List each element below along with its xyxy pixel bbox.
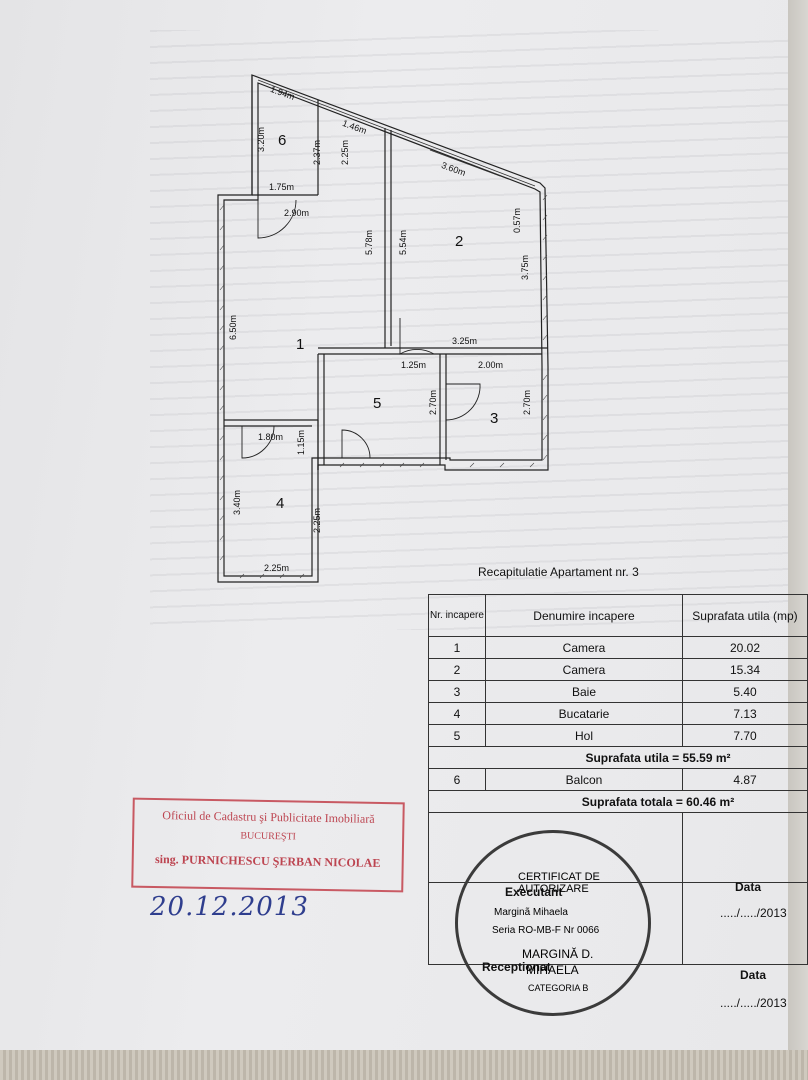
dimension-label: 5.78m (364, 230, 374, 255)
dimension-label: 2.70m (428, 390, 438, 415)
stamp-signatory: sing. PURNICHESCU ŞERBAN NICOLAE (134, 852, 402, 872)
header-area: Suprafata utila (mp) (683, 595, 808, 637)
row-area: 4.87 (683, 769, 808, 791)
row-nr: 6 (429, 769, 486, 791)
dimension-label: 3.20m (256, 127, 266, 152)
dimension-label: 1.15m (296, 430, 306, 455)
stamp-ring-text: CERTIFICAT DE AUTORIZARE (518, 871, 648, 895)
header-nr: Nr. incapere (429, 595, 486, 637)
row-area: 15.34 (683, 659, 808, 681)
date-value-2: ...../...../2013 (720, 996, 787, 1010)
table-row: 2 Camera 15.34 (429, 659, 808, 681)
dimension-label: 2.25m (264, 563, 289, 573)
stamp-surname: MARGINĂ D. (522, 947, 593, 961)
table-row: 6 Balcon 4.87 (429, 769, 808, 791)
authorization-stamp: CERTIFICAT DE AUTORIZARE Marginã Mihaela… (455, 830, 651, 1016)
table-row: 1 Camera 20.02 (429, 637, 808, 659)
header-name: Denumire incapere (486, 595, 683, 637)
date-label-1: Data (735, 880, 761, 894)
row-name: Camera (486, 637, 683, 659)
room-number-4: 4 (276, 495, 284, 512)
stamp-firstname: MIHAELA (526, 963, 579, 977)
dimension-label: 1.75m (269, 182, 294, 192)
row-area: 20.02 (683, 637, 808, 659)
date-label-2: Data (740, 968, 766, 982)
date-cell-1 (683, 813, 808, 883)
row-area: 5.40 (683, 681, 808, 703)
dimension-label: 2.00m (478, 360, 503, 370)
row-name: Hol (486, 725, 683, 747)
stamp-city: BUCUREŞTI (134, 829, 402, 845)
row-name: Baie (486, 681, 683, 703)
recap-title: Recapitulatie Apartament nr. 3 (478, 565, 639, 579)
row-nr: 2 (429, 659, 486, 681)
room-number-3: 3 (490, 410, 498, 427)
ocpi-stamp: Oficiul de Cadastru şi Publicitate Imobi… (131, 798, 405, 893)
dimension-label: 2.37m (312, 140, 322, 165)
row-area: 7.70 (683, 725, 808, 747)
date-cell-2 (683, 883, 808, 965)
table-row: 5 Hol 7.70 (429, 725, 808, 747)
row-name: Bucatarie (486, 703, 683, 725)
dimension-label: 5.54m (398, 230, 408, 255)
useful-total: Suprafata utila = 55.59 m² (429, 747, 808, 769)
table-row: 4 Bucatarie 7.13 (429, 703, 808, 725)
dimension-label: 2.70m (522, 390, 532, 415)
row-nr: 4 (429, 703, 486, 725)
dimension-label: 3.40m (232, 490, 242, 515)
dimension-label: 2.25m (340, 140, 350, 165)
row-name: Camera (486, 659, 683, 681)
room-number-6: 6 (278, 132, 286, 149)
row-nr: 1 (429, 637, 486, 659)
dimension-label: 1.80m (258, 432, 283, 442)
dimension-label: 2.90m (284, 208, 309, 218)
stamp-series: Seria RO-MB-F Nr 0066 (492, 925, 599, 936)
dimension-label: 2.25m (312, 508, 322, 533)
dimension-label: 3.75m (520, 255, 530, 280)
room-number-2: 2 (455, 233, 463, 250)
room-number-1: 1 (296, 336, 304, 353)
row-nr: 5 (429, 725, 486, 747)
row-area: 7.13 (683, 703, 808, 725)
stamp-category: CATEGORIA B (528, 983, 588, 993)
stamp-name: Marginã Mihaela (494, 907, 568, 918)
dimension-label: 0.57m (512, 208, 522, 233)
date-value-1: ...../...../2013 (720, 906, 787, 920)
dimension-label: 6.50m (228, 315, 238, 340)
row-name: Balcon (486, 769, 683, 791)
dimension-label: 3.25m (452, 336, 477, 346)
row-nr: 3 (429, 681, 486, 703)
stamp-office: Oficiul de Cadastru şi Publicitate Imobi… (134, 808, 402, 828)
handwritten-date: 20.12.2013 (150, 892, 309, 922)
grand-total: Suprafata totala = 60.46 m² (429, 791, 808, 813)
room-number-5: 5 (373, 395, 381, 412)
table-row: 3 Baie 5.40 (429, 681, 808, 703)
dimension-label: 1.25m (401, 360, 426, 370)
